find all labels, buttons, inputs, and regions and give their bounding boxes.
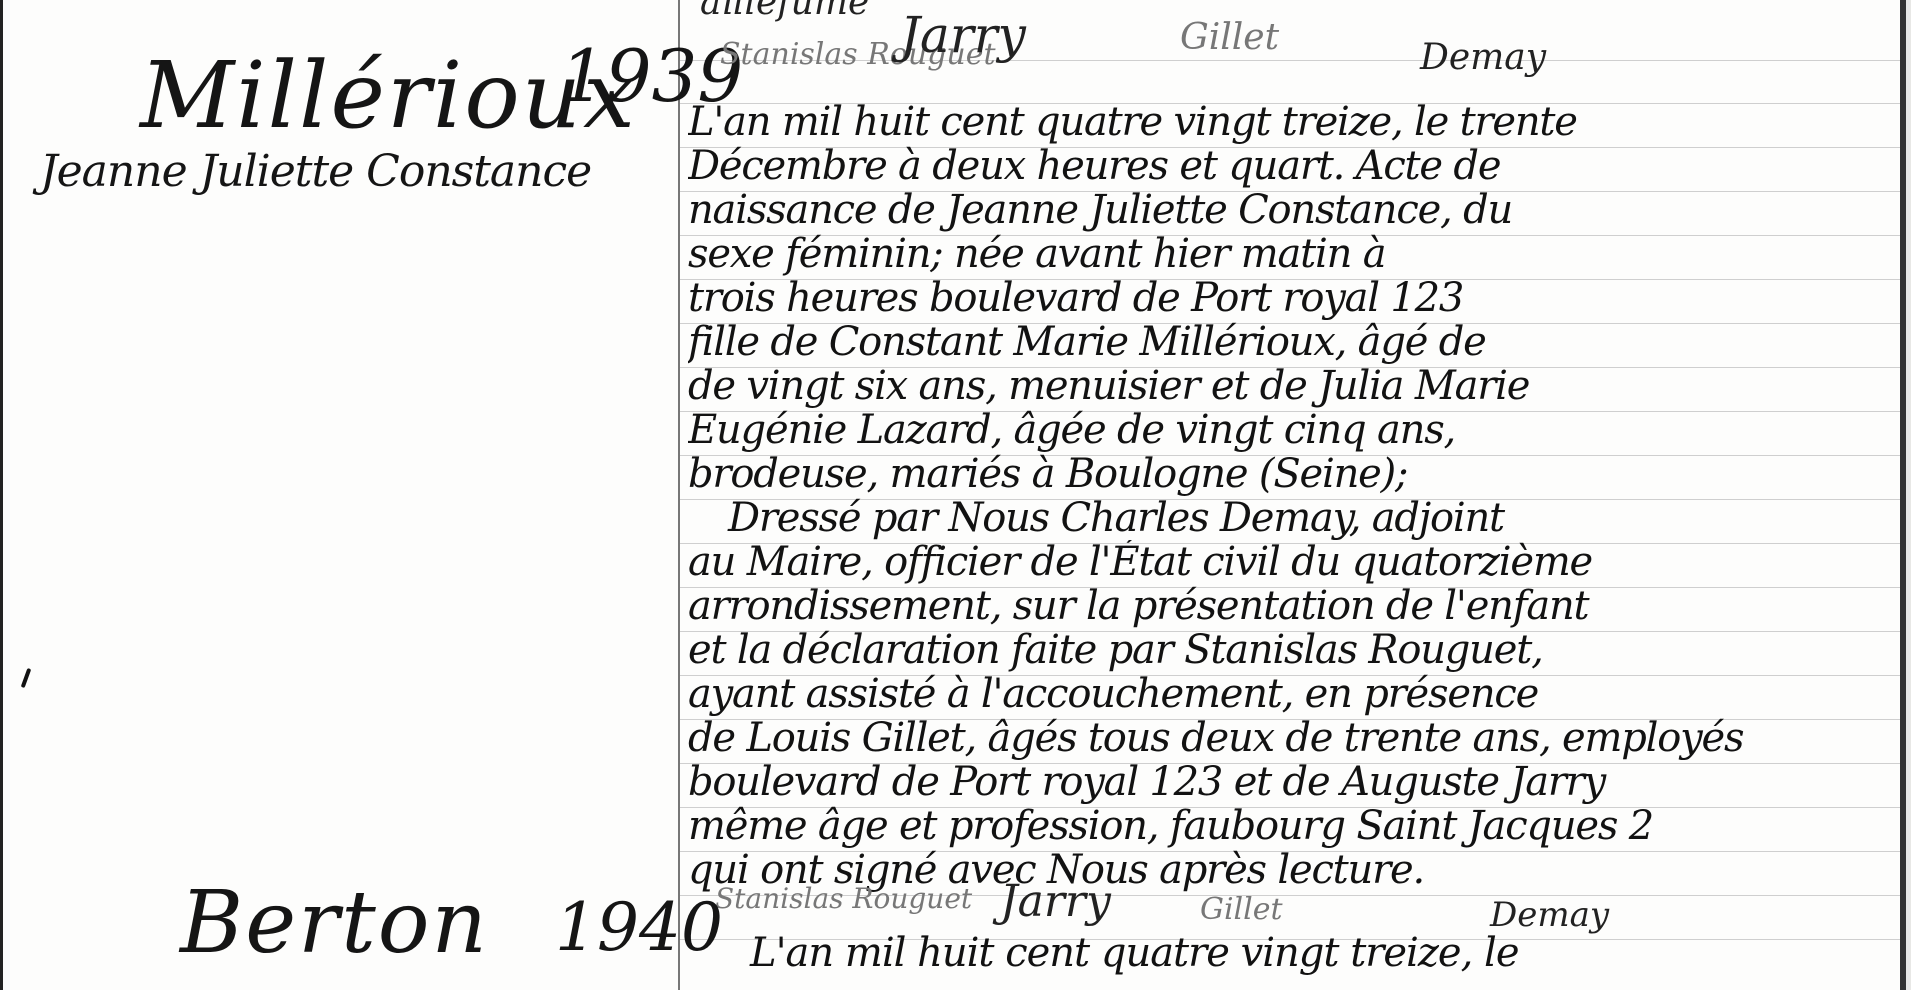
signature-gillet: Gillet (1180, 20, 1279, 56)
margin-divider (678, 0, 680, 990)
act-line: brodeuse, mariés à Boulogne (Seine); (688, 452, 1888, 496)
act-line: arrondissement, sur la présentation de l… (688, 584, 1888, 628)
act-line: naissance de Jeanne Juliette Constance, … (688, 188, 1888, 232)
page-left-edge (0, 0, 3, 990)
act-number: 1940 (555, 895, 723, 961)
act-line: sexe féminin; née avant hier matin à (688, 232, 1888, 276)
act-body: L'an mil huit cent quatre vingt treize, … (688, 100, 1888, 892)
act-line: boulevard de Port royal 123 et de August… (688, 760, 1888, 804)
signature-gillet: Gillet (1200, 895, 1283, 925)
act-line: et la déclaration faite par Stanislas Ro… (688, 628, 1888, 672)
signature-jarry: Jarry (900, 10, 1026, 60)
ink-mark (21, 668, 32, 688)
act-line: au Maire, officier de l'État civil du qu… (688, 540, 1888, 584)
act-line: Eugénie Lazard, âgée de vingt cinq ans, (688, 408, 1888, 452)
act-line: trois heures boulevard de Port royal 123 (688, 276, 1888, 320)
signature-jarry: Jarry (1000, 880, 1111, 924)
act-line: de vingt six ans, menuisier et de Julia … (688, 364, 1888, 408)
margin-given-names: Jeanne Juliette Constance (40, 150, 591, 194)
signature-rouguet: Stanislas Rouguet (715, 885, 972, 913)
act-line: L'an mil huit cent quatre vingt treize, … (750, 930, 1519, 976)
act-line: même âge et profession, faubourg Saint J… (688, 804, 1888, 848)
signature-demay: Demay (1420, 40, 1546, 76)
page-binding-edge (1900, 0, 1906, 990)
margin-surname: Berton (180, 880, 489, 966)
act-line: Décembre à deux heures et quart. Acte de (688, 144, 1888, 188)
signature-demay: Demay (1490, 898, 1609, 932)
act-line: fille de Constant Marie Millérioux, âgé … (688, 320, 1888, 364)
act-line: Dressé par Nous Charles Demay, adjoint (688, 496, 1888, 540)
register-page: aîllefume Millérioux 1939 Jeanne Juliett… (0, 0, 1911, 990)
act-line: de Louis Gillet, âgés tous deux de trent… (688, 716, 1888, 760)
act-line: ayant assisté à l'accouchement, en prése… (688, 672, 1888, 716)
top-cutoff-text: aîllefume (700, 0, 869, 23)
act-line: L'an mil huit cent quatre vingt treize, … (688, 100, 1888, 144)
